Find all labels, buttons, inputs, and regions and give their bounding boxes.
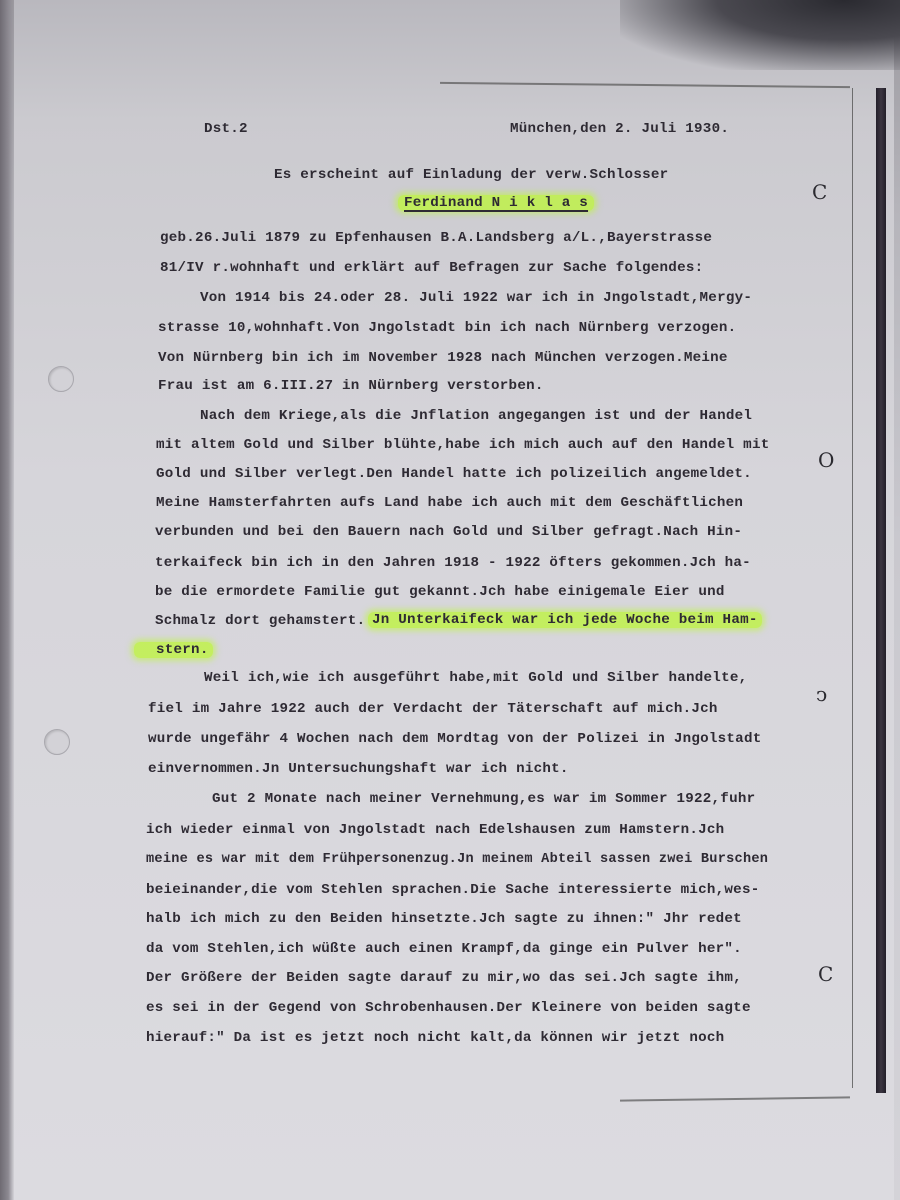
left-page-edge <box>0 0 14 1200</box>
highlighted-text: Jn Unterkaifeck war ich jede Woche beim … <box>368 612 762 628</box>
text-line: beieinander,die vom Stehlen sprachen.Die… <box>146 882 759 898</box>
text-line: Gut 2 Monate nach meiner Vernehmung,es w… <box>212 791 755 807</box>
document-date: München,den 2. Juli 1930. <box>510 121 729 137</box>
text-line: hierauf:" Da ist es jetzt noch nicht kal… <box>146 1030 724 1046</box>
text-line: geb.26.Juli 1879 zu Epfenhausen B.A.Land… <box>160 230 712 246</box>
text-line: fiel im Jahre 1922 auch der Verdacht der… <box>148 701 718 717</box>
text-line: da vom Stehlen,ich wüßte auch einen Kram… <box>146 941 742 957</box>
text-line: be die ermordete Familie gut gekannt.Jch… <box>155 584 725 600</box>
document-reference: Dst.2 <box>204 121 248 137</box>
text-line: halb ich mich zu den Beiden hinsetzte.Jc… <box>146 911 742 927</box>
text-line: ich wieder einmal von Jngolstadt nach Ed… <box>146 822 724 838</box>
text-line: Von 1914 bis 24.oder 28. Juli 1922 war i… <box>200 290 752 306</box>
text-line: Frau ist am 6.III.27 in Nürnberg verstor… <box>158 378 544 394</box>
scan-shadow <box>620 0 900 70</box>
text-line: mit altem Gold und Silber blühte,habe ic… <box>156 437 769 453</box>
intro-line: Es erscheint auf Einladung der verw.Schl… <box>274 167 668 183</box>
highlighted-text: stern. <box>134 642 213 658</box>
text-line: Meine Hamsterfahrten aufs Land habe ich … <box>156 495 743 511</box>
text-line: einvernommen.Jn Untersuchungshaft war ic… <box>148 761 569 777</box>
margin-mark-2: O <box>818 448 834 472</box>
text-line: Gold und Silber verlegt.Den Handel hatte… <box>156 466 752 482</box>
punch-hole-top <box>48 366 74 392</box>
frame-line-right <box>852 88 853 1088</box>
binding-edge <box>876 88 886 1093</box>
margin-mark-4: C <box>818 962 833 986</box>
text-line: Schmalz dort gehamstert. <box>155 613 365 629</box>
text-line: 81/IV r.wohnhaft und erklärt auf Befrage… <box>160 260 703 276</box>
text-line: wurde ungefähr 4 Wochen nach dem Mordtag… <box>148 731 761 747</box>
text-line: Weil ich,wie ich ausgeführt habe,mit Gol… <box>204 670 747 686</box>
text-line: es sei in der Gegend von Schrobenhausen.… <box>146 1000 751 1016</box>
text-line: Nach dem Kriege,als die Jnflation angega… <box>200 408 752 424</box>
margin-mark-1: C <box>812 180 827 204</box>
margin-mark-3: ↄ <box>816 682 827 706</box>
person-name: Ferdinand N i k l a s <box>398 195 594 211</box>
text-line: verbunden und bei den Bauern nach Gold u… <box>155 524 742 540</box>
text-line: terkaifeck bin ich in den Jahren 1918 - … <box>155 555 751 571</box>
punch-hole-bottom <box>44 729 70 755</box>
text-line: strasse 10,wohnhaft.Von Jngolstadt bin i… <box>158 320 736 336</box>
text-line: Der Größere der Beiden sagte darauf zu m… <box>146 970 742 986</box>
text-line: meine es war mit dem Frühpersonenzug.Jn … <box>146 852 768 867</box>
text-line: Von Nürnberg bin ich im November 1928 na… <box>158 350 728 366</box>
